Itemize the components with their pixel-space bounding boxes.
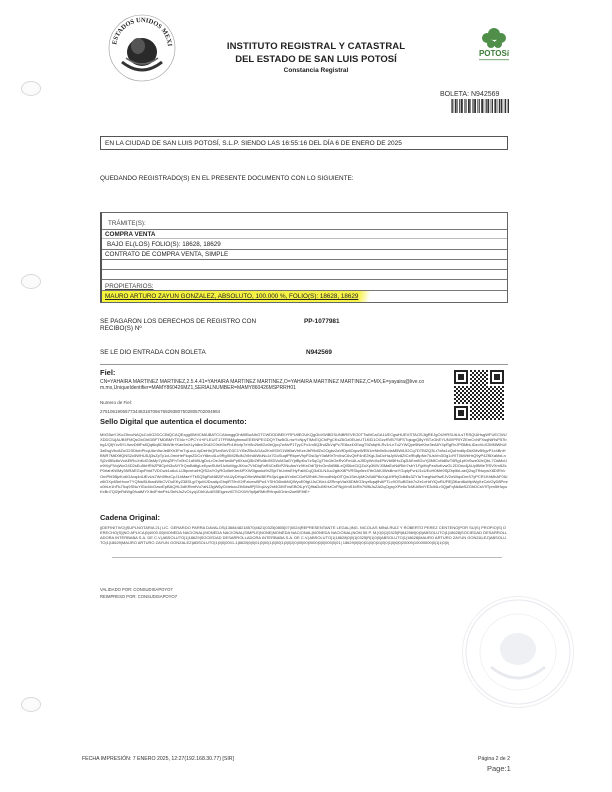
punch-hole bbox=[21, 697, 41, 712]
mexico-emblem-icon: ESTADOS UNIDOS MEXICANOS bbox=[108, 14, 176, 82]
folios-row: BAJO EL(LOS) FOLIO(S): 18628, 18629 bbox=[102, 239, 507, 250]
tramite-label-row: TRÁMITE(S): bbox=[102, 213, 507, 230]
propietarios-label-row: PROPIETARIOS: bbox=[102, 280, 507, 291]
institute-name-line1: INSTITUTO REGISTRAL Y CATASTRAL bbox=[200, 41, 432, 52]
institutional-seal-watermark-icon bbox=[462, 596, 574, 708]
fiel-heading: Fiel: bbox=[100, 368, 115, 377]
validado-por: VALIDADO POR: CONSUDISAPOYO7 bbox=[100, 586, 177, 593]
payment-receipt-number: PP-1077981 bbox=[304, 318, 340, 325]
propietario-row: MAURO ARTURO ZAYUN GONZALEZ, ABSOLUTO, 1… bbox=[102, 291, 507, 302]
divider bbox=[100, 364, 508, 365]
fiel-number: 2751061905577344831870667692938075028057… bbox=[100, 409, 220, 414]
contrato-row: CONTRATO DE COMPRA VENTA, SIMPLE bbox=[102, 250, 507, 260]
print-date: FECHA IMPRESIÓN: 7 ENERO 2025, 12:27(192… bbox=[82, 756, 234, 762]
document-subtitle: Constancia Registral bbox=[200, 67, 432, 74]
punch-hole bbox=[21, 81, 41, 96]
boleta-label: BOLETA: N942569 bbox=[440, 91, 499, 98]
sello-heading: Sello Digital que autentica el documento… bbox=[100, 417, 247, 426]
reimpreso-por: REIMPRESO POR: CONSUDISAPOYO7 bbox=[100, 593, 177, 600]
institute-name-line2: DEL ESTADO DE SAN LUIS POTOSÍ bbox=[200, 54, 432, 65]
svg-text:POTOSí: POTOSí bbox=[479, 49, 510, 58]
cadena-heading: Cadena Original: bbox=[100, 513, 160, 522]
page-number: Page:1 bbox=[487, 764, 511, 773]
cadena-original-text: ||DEFINITIVO||SUPLNOTARIA 21| LIC. GERAR… bbox=[100, 525, 508, 545]
qr-code bbox=[454, 370, 504, 420]
digital-seal-text: MIIG5wYJKoZIhvcNAQcCoIIG2DCCBtQCAQExggI0… bbox=[100, 432, 508, 510]
divider bbox=[112, 557, 502, 558]
entry-boleta-number: N942569 bbox=[306, 349, 332, 356]
propietario-highlighted: MAURO ARTURO ZAYUN GONZALEZ, ABSOLUTO, 1… bbox=[102, 291, 380, 302]
entry-label: SE LE DIO ENTRADA CON BOLETA bbox=[100, 349, 206, 356]
fiel-certificate-subject: CN=YAHAIRA MARTINEZ MARTINEZ,2.5.4.41=YA… bbox=[100, 379, 425, 391]
validation-info: VALIDADO POR: CONSUDISAPOYO7 REIMPRESO P… bbox=[100, 586, 177, 600]
potosi-logo-icon: POTOSí bbox=[473, 24, 515, 64]
tramite-value-row: COMPRA VENTA bbox=[102, 230, 507, 239]
registration-table: TRÁMITE(S): COMPRA VENTA BAJO EL(LOS) FO… bbox=[100, 212, 508, 303]
payment-label: SE PAGARON LOS DERECHOS DE REGISTRO CON … bbox=[100, 318, 270, 332]
registration-statement: QUEDANDO REGISTRADO(S) EN EL PRESENTE DO… bbox=[100, 175, 354, 182]
barcode bbox=[451, 99, 509, 113]
empty-row bbox=[102, 260, 507, 270]
page-count: Página 2 de 2 bbox=[478, 756, 510, 762]
empty-row bbox=[102, 270, 507, 280]
date-location-statement: EN LA CIUDAD DE SAN LUIS POTOSÍ, S.L.P. … bbox=[100, 136, 508, 150]
punch-hole bbox=[21, 274, 41, 289]
fiel-number-label: Numero de Fiel: bbox=[100, 400, 132, 405]
